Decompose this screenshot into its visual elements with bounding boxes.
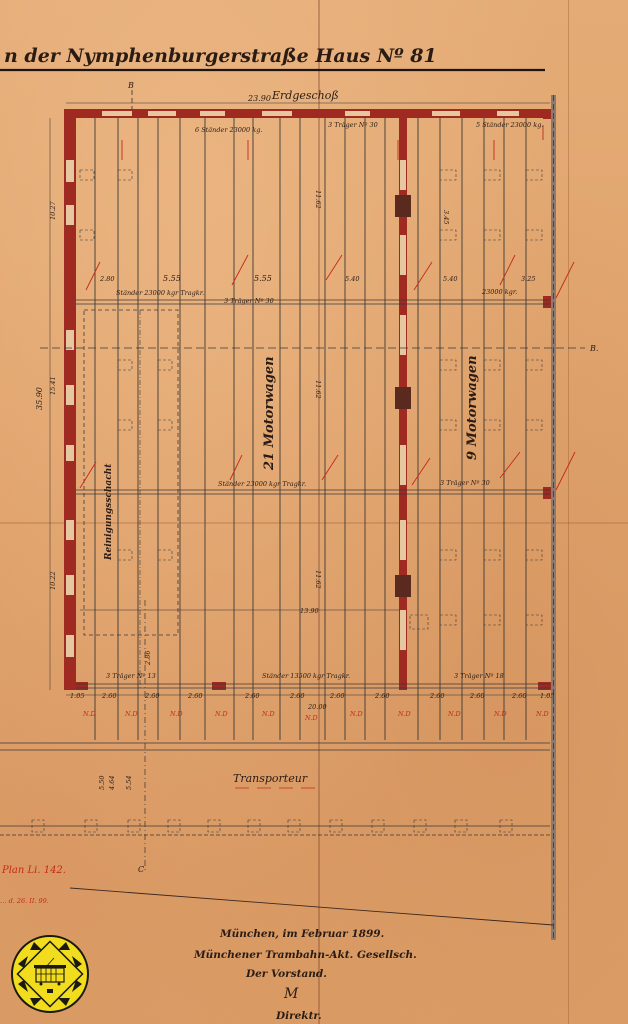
right-bay-dimension: 3.45	[442, 210, 450, 224]
left-total-dimension: 35.90	[35, 387, 44, 410]
svg-text:2.60: 2.60	[374, 692, 389, 700]
beam-label-bottom-right: 3 Träger Nº 18	[454, 672, 504, 680]
svg-text:N.D: N.D	[261, 710, 275, 718]
beam-label-bottom-center: Ständer 13500 kgr Tragkr.	[262, 672, 350, 680]
beam-label-row2-center: Ständer 23000 kgr Tragkr.	[218, 480, 306, 488]
svg-text:2.60: 2.60	[101, 692, 116, 700]
floor-label: Erdgeschoß	[271, 89, 339, 102]
transporter-rails	[0, 743, 550, 835]
svg-text:N.D: N.D	[349, 710, 363, 718]
tram-club-emblem-icon	[10, 934, 90, 1014]
room-label-right-hall: 9 Motorwagen	[465, 355, 480, 460]
company-name: Münchener Trambahn-Akt. Gesellsch.	[193, 949, 417, 961]
beam-label-top-center: 3 Träger Nº 30	[328, 121, 378, 129]
place-date: München, im Februar 1899.	[219, 928, 384, 940]
svg-text:3.25: 3.25	[521, 275, 535, 283]
beam-label-top-left: 6 Ständer 23000 kg.	[195, 126, 262, 134]
svg-text:2.60: 2.60	[429, 692, 444, 700]
floor-plan-drawing: n der Nymphenburgerstraße Haus Nº 81 B 2…	[0, 0, 628, 1024]
red-callout-lines	[80, 125, 575, 490]
plan-reference: Plan Li. 142.	[1, 865, 66, 876]
svg-text:2.60: 2.60	[329, 692, 344, 700]
svg-text:5.40: 5.40	[443, 275, 457, 283]
svg-text:4.64: 4.64	[108, 776, 116, 791]
svg-text:1.05: 1.05	[540, 692, 554, 700]
svg-text:2.60: 2.60	[511, 692, 526, 700]
center-height-3: 11.62	[314, 570, 322, 589]
pit-length-dimension: 13.90	[300, 607, 319, 615]
svg-text:1.05: 1.05	[70, 692, 84, 700]
axis-label-top: B	[127, 81, 134, 90]
svg-text:5.54: 5.54	[125, 776, 133, 790]
svg-text:N.D: N.D	[214, 710, 228, 718]
svg-text:2.60: 2.60	[187, 692, 202, 700]
property-boundary-line	[70, 888, 553, 925]
svg-text:2.60: 2.60	[144, 692, 159, 700]
svg-text:N.D: N.D	[124, 710, 138, 718]
beam-label-row1-left: Ständer 23000 kgr Tragkr.	[116, 289, 204, 297]
svg-text:N.D: N.D	[304, 714, 318, 722]
overall-width: 23.90	[247, 94, 271, 103]
room-label-transporter: Transporteur	[233, 772, 308, 785]
beam-label-bottom-left: 3 Träger Nº 13	[106, 672, 156, 680]
cleaning-pit-outline	[84, 310, 178, 635]
svg-text:N.D: N.D	[397, 710, 411, 718]
row1-dimensions: 2.80 5.55 5.55 5.40 5.40 3.25	[99, 274, 535, 283]
beam-label-row1-right: 23000 kgr.	[481, 288, 517, 296]
outer-walls	[64, 109, 554, 690]
svg-text:N.D: N.D	[82, 710, 96, 718]
svg-text:N.D: N.D	[493, 710, 507, 718]
axis-label-bottom: C	[138, 865, 144, 874]
beam-label-top-right: 5 Ständer 23000 kg.	[476, 121, 543, 129]
signature-role: Direktr.	[275, 1010, 322, 1022]
axis-label-right: B.	[589, 344, 598, 353]
bottom-total: 20.00	[307, 703, 327, 711]
svg-text:5.55: 5.55	[163, 274, 181, 283]
track-lines	[95, 118, 526, 740]
svg-text:N.D: N.D	[169, 710, 183, 718]
board-line: Der Vorstand.	[245, 968, 327, 980]
svg-text:2.60: 2.60	[469, 692, 484, 700]
svg-text:5.40: 5.40	[345, 275, 359, 283]
beam-label-row1-center: 3 Träger Nº 30	[224, 297, 274, 305]
signature-initials: M	[283, 986, 299, 1002]
svg-text:5.55: 5.55	[254, 274, 272, 283]
room-label-left-hall: 21 Motorwagen	[262, 356, 277, 471]
svg-text:5.50: 5.50	[98, 776, 106, 790]
beam-label-row2-right: 3 Träger Nº 30	[440, 479, 490, 487]
svg-text:N.D: N.D	[535, 710, 549, 718]
red-column-marks: N.D N.D N.D N.D N.D N.D N.D N.D N.D N.D …	[82, 710, 549, 722]
svg-text:N.D: N.D	[447, 710, 461, 718]
date-reference: … d. 26. II. 99.	[0, 897, 49, 905]
center-height-1: 11.62	[314, 190, 322, 209]
svg-text:2.60: 2.60	[289, 692, 304, 700]
svg-text:2.60: 2.60	[244, 692, 259, 700]
document-title: n der Nymphenburgerstraße Haus Nº 81	[4, 45, 437, 67]
center-height-2: 11.62	[314, 380, 322, 399]
room-label-cleaning-pit: Reinigungsschacht	[104, 463, 114, 561]
svg-text:2.80: 2.80	[99, 275, 114, 283]
